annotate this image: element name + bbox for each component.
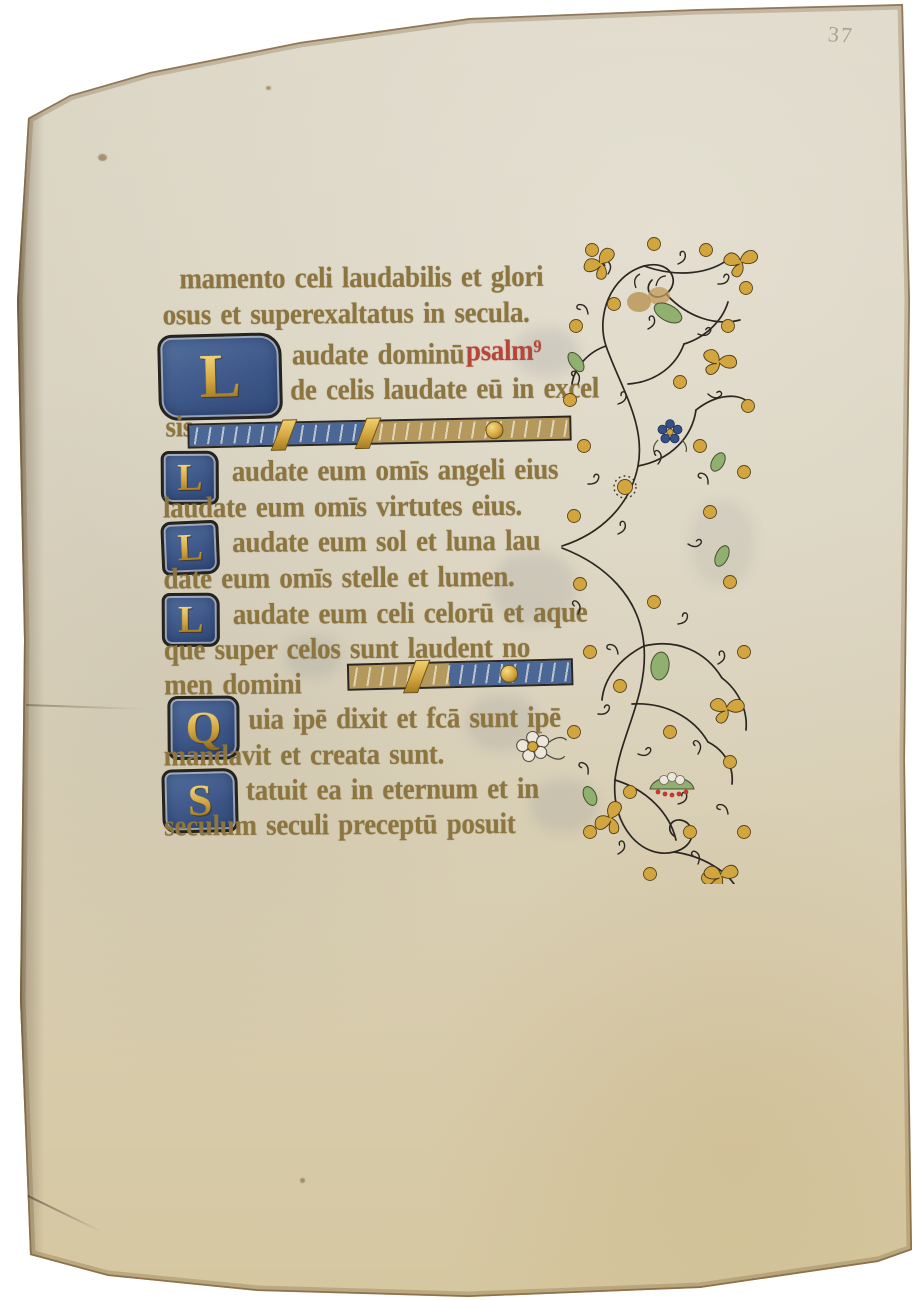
text-line-2: osus et superexaltatus in secula.	[163, 296, 530, 332]
berry-flower	[650, 772, 694, 797]
floral-border	[558, 234, 763, 884]
text-block: mamento celi laudabilis et glori osus et…	[0, 0, 919, 1300]
manuscript-photo: 37 mamento celi laudabilis et glori osus…	[0, 0, 919, 1300]
gold-roundel-icon	[486, 420, 504, 438]
gold-slash-icon	[403, 660, 431, 694]
illuminated-initial-L-large: L	[157, 332, 283, 421]
text-line-1: mamento celi laudabilis et glori	[179, 259, 543, 295]
text-line-9: date eum omīs stelle et lumen.	[163, 560, 514, 595]
text-line-7: laudate eum omīs virtutes eius.	[163, 489, 522, 525]
text-line-10: audate eum celi celorū et aque	[233, 595, 588, 630]
text-line-16: seculum seculi preceptū posuit	[164, 807, 515, 842]
gold-slash-icon	[271, 419, 298, 451]
text-line-6: audate eum omīs angeli eius	[232, 452, 559, 487]
text-line-15: tatuit ea in eternum et in	[246, 771, 539, 806]
gold-roundel-icon	[500, 664, 518, 682]
text-line-8: audate eum sol et luna lau	[232, 523, 540, 558]
rubric-psalm: psalm⁹	[466, 333, 542, 367]
text-line-4: de celis laudate eū in excel	[290, 371, 599, 406]
gold-slash-icon	[355, 418, 382, 450]
text-line-3: audate dominū	[292, 337, 465, 371]
text-line-14: mandavit et creata sunt.	[164, 737, 445, 772]
initial-letter: L	[199, 345, 242, 408]
sun-ornament	[614, 476, 636, 498]
vine-tendrils	[571, 251, 731, 864]
manuscript-page: 37 mamento celi laudabilis et glori osus…	[0, 0, 919, 1300]
blue-flower	[654, 420, 687, 452]
line-filler-bar-1	[187, 416, 571, 449]
butterfly-ornament	[627, 274, 685, 327]
line-filler-bar-2	[347, 658, 574, 691]
